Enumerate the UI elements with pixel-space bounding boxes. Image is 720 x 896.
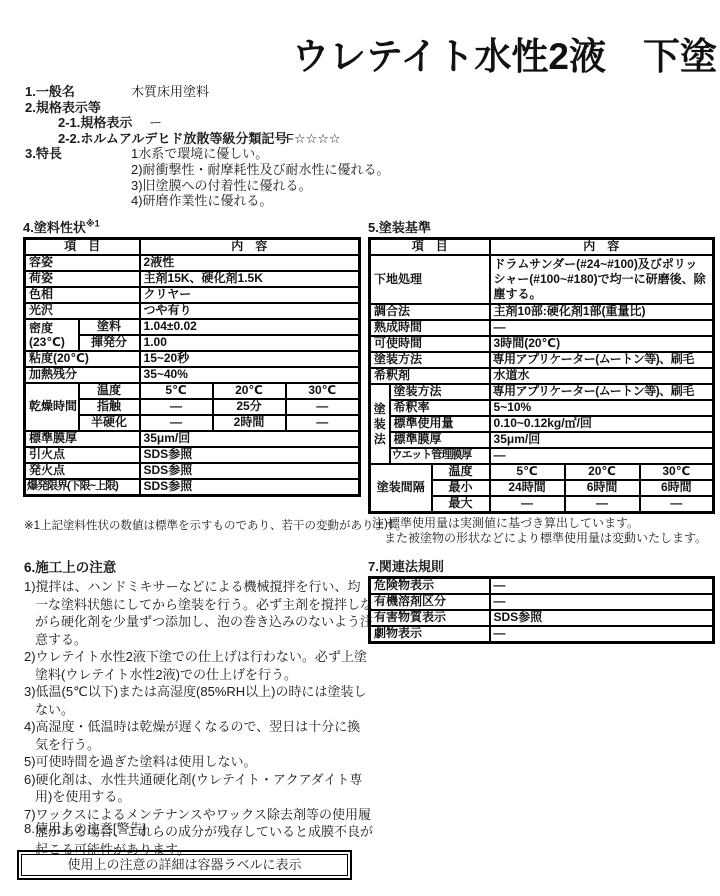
cell-sublabel: 半硬化	[79, 415, 140, 431]
cell-value: ドラムサンダー(#24~#100)及びポリッシャー(#100~#180)で均一に…	[490, 255, 714, 304]
cell-value: 主剤10部:硬化剤1部(重量比)	[490, 304, 714, 320]
vertical-label-char: 装	[371, 417, 389, 432]
table-row: 劇物表示―	[370, 626, 714, 643]
table-row: 塗装方法専用アプリケーター(ムートン等)、刷毛	[370, 352, 714, 368]
cell-value: 5~10%	[490, 400, 714, 416]
cell-sublabel: 希釈率	[390, 400, 490, 416]
general-name-label: 1.一般名	[25, 84, 131, 100]
cell-label: 希釈剤	[370, 368, 490, 384]
paint-properties-heading: 4.塗料性状※1	[23, 217, 361, 236]
standard-display-row: 2-1.規格表示 ー	[58, 115, 715, 131]
paint-properties-section: 4.塗料性状※1 項 目 内 容 容姿2液性 荷姿主剤15K、硬化剤1.5K 色…	[23, 217, 361, 497]
formaldehyde-value: F☆☆☆☆	[286, 131, 341, 147]
cell-value: 6時間	[640, 480, 714, 496]
table-row: 有機溶剤区分―	[370, 594, 714, 610]
cell-temp: 30℃	[286, 383, 360, 399]
cell-value: 35μm/回	[140, 431, 360, 447]
cell-sublabel: 標準膜厚	[390, 432, 490, 448]
cell-value: クリヤー	[140, 287, 360, 303]
vertical-label-char: 塗	[371, 402, 389, 417]
cell-value: 35μm/回	[490, 432, 714, 448]
cell-sublabel: 塗装方法	[390, 384, 490, 400]
cell-label: 標準膜厚	[25, 431, 140, 447]
cell-label: 引火点	[25, 447, 140, 463]
table-row: 可使時間3時間(20℃)	[370, 336, 714, 352]
construction-note-item: 2)ウレテイト水性2液下塗での仕上げは行わない。必ず上塗塗料(ウレテイト水性2液…	[24, 648, 373, 683]
regulations-section: 7.関連法規則 危険物表示― 有機溶剤区分― 有害物質表示SDS参照 劇物表示―	[368, 556, 715, 644]
table-row-drying: 乾燥時間 温度 5℃ 20℃ 30℃	[25, 383, 360, 399]
cell-value: 専用アプリケーター(ムートン等)、刷毛	[490, 352, 714, 368]
cell-label: 危険物表示	[370, 578, 490, 595]
general-info-block: 1.一般名 木質床用塗料 2.規格表示等 2-1.規格表示 ー 2-2.ホルムア…	[25, 84, 715, 209]
cell-value: ―	[640, 496, 714, 513]
cell-temp: 20℃	[565, 464, 640, 480]
cell-interval-group-label: 塗装間隔	[370, 464, 432, 513]
features-row: 3.特長 1水系で環境に優しい。 2)耐衝撃性・耐摩耗性及び耐水性に優れる。 3…	[25, 146, 715, 208]
cell-label: 塗装方法	[370, 352, 490, 368]
construction-notes-list: 1)撹拌は、ハンドミキサーなどによる機械撹拌を行い、均一な塗料状態にしてから塗装…	[24, 578, 373, 858]
cell-sublabel: 揮発分	[79, 335, 140, 351]
cell-label: 有害物質表示	[370, 610, 490, 626]
table-row-method: 塗 装 法 塗装方法 専用アプリケーター(ムートン等)、刷毛	[370, 384, 714, 400]
cell-label: 容姿	[25, 255, 140, 271]
col-header-item: 項 目	[370, 239, 490, 256]
cell-value: ―	[490, 496, 565, 513]
cell-value: ―	[490, 578, 714, 595]
cell-value: 2液性	[140, 255, 360, 271]
features-list: 1水系で環境に優しい。 2)耐衝撃性・耐摩耗性及び耐水性に優れる。 3)旧塗膜へ…	[131, 146, 390, 208]
cell-value: ―	[490, 594, 714, 610]
feature-item: 4)研磨作業性に優れる。	[131, 193, 390, 209]
cell-value: SDS参照	[140, 463, 360, 479]
table-row: 粘度(20℃)15~20秒	[25, 351, 360, 367]
col-header-item: 項 目	[25, 239, 140, 256]
table-row: 標準膜厚35μm/回	[25, 431, 360, 447]
cell-label: 色相	[25, 287, 140, 303]
usage-warning-box-text: 使用上の注意の詳細は容器ラベルに表示	[21, 854, 348, 876]
cell-value: ―	[490, 320, 714, 336]
table-row-method: 希釈率5~10%	[370, 400, 714, 416]
cell-method-group-label: 塗 装 法	[370, 384, 390, 464]
cell-value: 15~20秒	[140, 351, 360, 367]
cell-sublabel: ウエット管理膜厚	[390, 448, 490, 464]
general-name-value: 木質床用塗料	[131, 84, 209, 100]
table-row-method: 標準膜厚35μm/回	[370, 432, 714, 448]
table-row: 光沢つや有り	[25, 303, 360, 319]
cell-value: ―	[140, 415, 213, 431]
table-row: 希釈剤水道水	[370, 368, 714, 384]
footnote-line: 注)標準使用量は実測値に基づき算出しています。	[372, 516, 707, 531]
cell-value: ―	[490, 448, 714, 464]
feature-item: 1水系で環境に優しい。	[131, 146, 390, 162]
cell-value: つや有り	[140, 303, 360, 319]
cell-value: SDS参照	[140, 479, 360, 496]
col-header-content: 内 容	[140, 239, 360, 256]
cell-value: 0.10~0.12kg/㎡/回	[490, 416, 714, 432]
usage-warning-heading: 8.使用上の注意[警告]	[24, 818, 146, 837]
cell-label: 可使時間	[370, 336, 490, 352]
construction-note-item: 6)硬化剤は、水性共通硬化剤(ウレテイト・アクアダイト専用)を使用する。	[24, 771, 373, 806]
cell-label: 下地処理	[370, 255, 490, 304]
construction-note-item: 1)撹拌は、ハンドミキサーなどによる機械撹拌を行い、均一な塗料状態にしてから塗装…	[24, 578, 373, 648]
construction-note-item: 5)可使時間を過ぎた塗料は使用しない。	[24, 753, 373, 771]
cell-temp: 5℃	[490, 464, 565, 480]
standard-display-value: ー	[149, 115, 162, 131]
col-header-content: 内 容	[490, 239, 714, 256]
cell-temp: 30℃	[640, 464, 714, 480]
coating-standards-heading: 5.塗装基準	[368, 217, 715, 236]
cell-sublabel: 塗料	[79, 319, 140, 335]
cell-sublabel: 温度	[79, 383, 140, 399]
table-row-interval: 塗装間隔 温度 5℃ 20℃ 30℃	[370, 464, 714, 480]
table-row: 爆発限界(下限~上限)SDS参照	[25, 479, 360, 496]
construction-notes-heading: 6.施工上の注意	[24, 556, 373, 576]
cell-value: 主剤15K、硬化剤1.5K	[140, 271, 360, 287]
vertical-label-char: 法	[371, 432, 389, 447]
density-label-line1: 密度	[29, 321, 53, 335]
cell-value: 専用アプリケーター(ムートン等)、刷毛	[490, 384, 714, 400]
table-row: 下地処理ドラムサンダー(#24~#100)及びポリッシャー(#100~#180)…	[370, 255, 714, 304]
cell-label: 加熱残分	[25, 367, 140, 383]
cell-sublabel: 最大	[432, 496, 490, 513]
table-row: 色相クリヤー	[25, 287, 360, 303]
cell-label: 劇物表示	[370, 626, 490, 643]
cell-label: 荷姿	[25, 271, 140, 287]
cell-label: 熟成時間	[370, 320, 490, 336]
general-name-row: 1.一般名 木質床用塗料	[25, 84, 715, 100]
cell-label: 発火点	[25, 463, 140, 479]
table-row: 引火点SDS参照	[25, 447, 360, 463]
features-label: 3.特長	[25, 146, 131, 208]
page-title: ウレテイト水性2液 下塗	[292, 26, 717, 80]
table-row: 容姿2液性	[25, 255, 360, 271]
usage-warning-box: 使用上の注意の詳細は容器ラベルに表示	[17, 850, 352, 880]
paint-properties-heading-text: 4.塗料性状	[23, 220, 86, 235]
table-row: 加熱残分35~40%	[25, 367, 360, 383]
regulations-heading: 7.関連法規則	[368, 556, 715, 575]
cell-value: 6時間	[565, 480, 640, 496]
formaldehyde-label: 2-2.ホルムアルデヒド放散等級分類記号	[58, 131, 286, 147]
paint-properties-heading-note: ※1	[86, 219, 100, 229]
cell-value: 1.04±0.02	[140, 319, 360, 335]
table-row: 調合法主剤10部:硬化剤1部(重量比)	[370, 304, 714, 320]
cell-value: 1.00	[140, 335, 360, 351]
table-row-density: 密度(23℃) 塗料 1.04±0.02	[25, 319, 360, 335]
cell-value: ―	[286, 415, 360, 431]
paint-properties-table: 項 目 内 容 容姿2液性 荷姿主剤15K、硬化剤1.5K 色相クリヤー 光沢つ…	[23, 237, 361, 497]
cell-value: SDS参照	[140, 447, 360, 463]
construction-notes-section: 6.施工上の注意 1)撹拌は、ハンドミキサーなどによる機械撹拌を行い、均一な塗料…	[24, 556, 373, 858]
cell-temp: 20℃	[213, 383, 286, 399]
cell-value: ―	[286, 399, 360, 415]
standard-display-label: 2-1.規格表示	[58, 115, 149, 131]
feature-item: 3)旧塗膜への付着性に優れる。	[131, 178, 390, 194]
table-row: 危険物表示―	[370, 578, 714, 595]
cell-label: 粘度(20℃)	[25, 351, 140, 367]
cell-value: ―	[490, 626, 714, 643]
table-header-row: 項 目 内 容	[25, 239, 360, 256]
cell-sublabel: 指触	[79, 399, 140, 415]
table-header-row: 項 目 内 容	[370, 239, 714, 256]
cell-value: 25分	[213, 399, 286, 415]
cell-label: 光沢	[25, 303, 140, 319]
coating-standards-footnote: 注)標準使用量は実測値に基づき算出しています。 また被塗物の形状などにより標準使…	[372, 516, 707, 546]
cell-value: 35~40%	[140, 367, 360, 383]
cell-value: 水道水	[490, 368, 714, 384]
cell-label: 調合法	[370, 304, 490, 320]
table-row: 有害物質表示SDS参照	[370, 610, 714, 626]
cell-sublabel: 最小	[432, 480, 490, 496]
table-row: 熟成時間―	[370, 320, 714, 336]
coating-standards-section: 5.塗装基準 項 目 内 容 下地処理ドラムサンダー(#24~#100)及びポリ…	[368, 217, 715, 514]
table-row: 荷姿主剤15K、硬化剤1.5K	[25, 271, 360, 287]
cell-density-label: 密度(23℃)	[25, 319, 79, 351]
cell-drying-label: 乾燥時間	[25, 383, 79, 431]
cell-value: 3時間(20℃)	[490, 336, 714, 352]
cell-value: ―	[140, 399, 213, 415]
cell-value: ―	[565, 496, 640, 513]
standards-row: 2.規格表示等	[25, 100, 715, 116]
density-label-line2: (23℃)	[29, 335, 65, 349]
construction-note-item: 4)高湿度・低温時は乾燥が遅くなるので、翌日は十分に換気を行う。	[24, 718, 373, 753]
cell-sublabel: 標準使用量	[390, 416, 490, 432]
cell-label: 有機溶剤区分	[370, 594, 490, 610]
datasheet-page: ウレテイト水性2液 下塗 1.一般名 木質床用塗料 2.規格表示等 2-1.規格…	[0, 0, 720, 896]
feature-item: 2)耐衝撃性・耐摩耗性及び耐水性に優れる。	[131, 162, 390, 178]
cell-temp: 5℃	[140, 383, 213, 399]
cell-label: 爆発限界(下限~上限)	[25, 479, 140, 496]
cell-value: SDS参照	[490, 610, 714, 626]
paint-properties-footnote: ※1上記塗料性状の数値は標準を示すものであり、若干の変動があります。	[24, 517, 407, 533]
standards-label: 2.規格表示等	[25, 100, 101, 116]
regulations-table: 危険物表示― 有機溶剤区分― 有害物質表示SDS参照 劇物表示―	[368, 576, 715, 644]
cell-value: 2時間	[213, 415, 286, 431]
construction-note-item: 3)低温(5℃以下)または高湿度(85%RH以上)の時には塗装しない。	[24, 683, 373, 718]
coating-standards-table: 項 目 内 容 下地処理ドラムサンダー(#24~#100)及びポリッシャー(#1…	[368, 237, 715, 514]
cell-sublabel: 温度	[432, 464, 490, 480]
formaldehyde-row: 2-2.ホルムアルデヒド放散等級分類記号 F☆☆☆☆	[58, 131, 715, 147]
table-row: 発火点SDS参照	[25, 463, 360, 479]
footnote-line: また被塗物の形状などにより標準使用量は変動いたします。	[372, 531, 707, 546]
table-row-method: 標準使用量0.10~0.12kg/㎡/回	[370, 416, 714, 432]
table-row-method: ウエット管理膜厚―	[370, 448, 714, 464]
cell-value: 24時間	[490, 480, 565, 496]
